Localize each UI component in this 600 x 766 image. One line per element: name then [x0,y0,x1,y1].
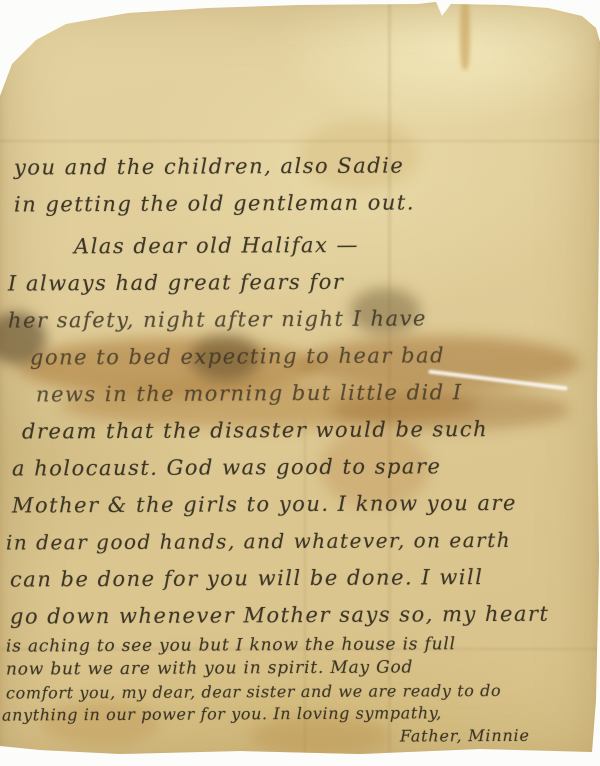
stain-streak [460,0,470,70]
letter-line: dream that the disaster would be such [22,410,600,450]
fold-crease-horizontal [0,140,600,142]
letter-line: I always had great fears for [8,262,600,302]
letter-line: her safety, night after night I have [8,299,600,339]
letter-line: in getting the old gentleman out. [14,183,600,223]
letter-body: you and the children, also Sadiein getti… [0,148,600,747]
letter-line: anything in our power for you. In loving… [2,701,600,726]
letter-line: in dear good hands, and whatever, on ear… [6,521,600,561]
letter-line: a holocaust. God was good to spare [12,447,600,487]
scan-background: you and the children, also Sadiein getti… [0,0,600,766]
letter-line: Alas dear old Halifax — [74,221,600,266]
letter-line: gone to bed expecting to hear bad [30,337,600,377]
letter-line: can be done for you will be done. I will [10,558,600,598]
letter-line: news in the morning but little did I [36,374,600,414]
letter-line: go down whenever Mother says so, my hear… [10,595,600,635]
letter-paper: you and the children, also Sadiein getti… [0,0,600,760]
letter-line: Mother & the girls to you. I know you ar… [12,484,600,524]
letter-line: comfort you, my dear, dear sister and we… [6,678,600,704]
letter-line: you and the children, also Sadie [14,146,600,186]
letter-line: now but we are with you in spirit. May G… [6,655,600,681]
letter-line: Father, Minnie [400,724,600,747]
letter-line: is aching to see you but I know the hous… [6,632,600,658]
